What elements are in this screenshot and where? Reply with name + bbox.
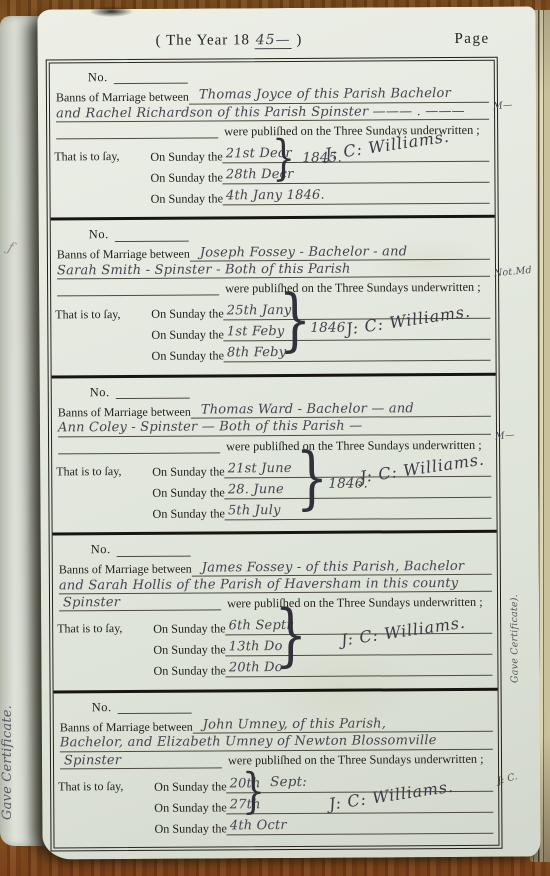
year-prefix: ( The Year 18 — [156, 32, 250, 49]
margin-note: J: C. — [496, 768, 533, 786]
names-line-2: Sarah Smith - Spinster - Both of this Pa… — [57, 262, 490, 280]
ruled-line — [329, 506, 492, 520]
banns-entry-1: No. Banns of Marriage between Thomas Joy… — [50, 61, 495, 221]
brace-mark: } — [242, 770, 265, 813]
sundays-block: That is to ſay, On Sunday the 21st June … — [56, 456, 491, 523]
names-line-1: John Umney, of this Parish, — [193, 717, 493, 734]
page-header: ( The Year 18 45— ) Page — [156, 31, 490, 50]
margin-note: M— — [495, 429, 532, 442]
no-label: No. — [91, 542, 111, 556]
year-handwritten: 45— — [255, 32, 292, 49]
sunday-row-2: On Sunday the 28. June — [56, 477, 491, 501]
sundays-block: That is to ſay, On Sunday the 6th Septr … — [57, 613, 492, 680]
ruled-line — [330, 663, 493, 677]
year-suffix: ) — [296, 32, 302, 48]
published-label: were publiſhed on the Three Sundays unde… — [228, 752, 484, 768]
banns-line-1: Banns of Marriage between James Fossey -… — [59, 559, 492, 577]
on-sunday-label: On Sunday the — [152, 485, 225, 499]
year-heading: ( The Year 18 45— ) — [156, 32, 303, 50]
banns-entry-2: No. Banns of Marriage between Joseph Fos… — [51, 218, 496, 378]
on-sunday-label: On Sunday the — [153, 664, 226, 678]
no-blank-line — [116, 385, 190, 399]
on-sunday-label: On Sunday the — [153, 643, 226, 657]
banns-entry-5: No. Banns of Marriage between John Umney… — [54, 690, 499, 847]
names-line-1: Joseph Fossey - Bachelor - and — [190, 245, 490, 262]
ruled-frame-inner: No. Banns of Marriage between Thomas Joy… — [49, 60, 500, 849]
left-margin-flourish: ƒ — [6, 240, 16, 257]
names-line-2: Bachelor, and Elizabeth Umney of Newton … — [60, 734, 493, 752]
names-line-1: Thomas Ward - Bachelor — and — [191, 402, 491, 419]
names-line-1: James Fossey - of this Parish, Bachelor — [192, 559, 492, 576]
spacer — [58, 835, 154, 836]
sundays-block: That is to ſay, On Sunday the 25th Jany … — [55, 298, 490, 365]
banns-label: Banns of Marriage between — [60, 720, 193, 735]
sunday-date-3: 8th Feby — [224, 346, 328, 363]
published-row: were publiſhed on the Three Sundays unde… — [58, 437, 491, 455]
sundays-block: That is to ſay, On Sunday the 20th On Su… — [58, 770, 493, 837]
ruled-line — [328, 191, 490, 205]
ruled-line — [328, 348, 491, 362]
banns-label: Banns of Marriage between — [56, 90, 189, 105]
brace-year: 1846 — [310, 321, 345, 336]
sunday-row-3: On Sunday the 5th July — [56, 498, 491, 522]
spacer — [55, 206, 151, 207]
on-sunday-label: On Sunday the — [152, 464, 225, 478]
banns-line-2: and Rachel Richardson of this Parish Spi… — [56, 104, 489, 122]
that-is-to-say-label: That is to ſay, — [54, 150, 150, 164]
on-sunday-label: On Sunday the — [151, 307, 224, 321]
no-blank-line — [115, 227, 189, 241]
on-sunday-label: On Sunday the — [154, 800, 227, 814]
banns-line-1: Banns of Marriage between Thomas Joyce o… — [56, 87, 489, 105]
page-label: Page — [454, 31, 489, 48]
brace-mark: } — [272, 137, 295, 180]
on-sunday-label: On Sunday the — [151, 349, 224, 363]
names-line-3: Spinster — [59, 596, 221, 612]
names-line-2: and Sarah Hollis of the Parish of Havers… — [59, 577, 492, 595]
no-label: No. — [88, 70, 108, 84]
that-is-to-say-label: That is to ſay, — [55, 307, 151, 321]
register-page: ( The Year 18 45— ) Page No. Banns of Ma… — [37, 6, 540, 859]
names-line-2: Ann Coley - Spinster — Both of this Pari… — [58, 419, 491, 437]
no-row: No. — [88, 68, 494, 85]
names-line-2: and Rachel Richardson of this Parish Spi… — [56, 104, 489, 122]
no-blank-line — [118, 700, 192, 714]
margin-note: M— — [493, 99, 530, 112]
sunday-date-1: 25th Jany — [224, 304, 328, 321]
banns-line-2: and Sarah Hollis of the Parish of Havers… — [59, 577, 492, 595]
that-is-to-say-label: That is to ſay, — [57, 622, 153, 636]
banns-line-2: Sarah Smith - Spinster - Both of this Pa… — [57, 262, 490, 280]
published-label: were publiſhed on the Three Sundays unde… — [225, 280, 481, 296]
banns-line-1: Banns of Marriage between Thomas Ward - … — [58, 402, 491, 420]
no-label: No. — [90, 385, 110, 399]
on-sunday-label: On Sunday the — [154, 779, 227, 793]
sunday-date-3: 4th Jany 1846. — [223, 189, 328, 206]
banns-entry-4: No. Banns of Marriage between James Foss… — [53, 533, 498, 693]
on-sunday-label: On Sunday the — [150, 149, 223, 163]
margin-note-vertical: Gave Certificate). — [510, 537, 525, 683]
spacer — [57, 521, 153, 522]
sundays-block: That is to ſay, On Sunday the 21st Decr … — [54, 141, 489, 208]
on-sunday-label: On Sunday the — [151, 191, 224, 205]
no-label: No. — [89, 228, 109, 242]
sunday-row-3: On Sunday the 8th Feby — [55, 340, 490, 364]
no-blank-line — [114, 70, 188, 84]
published-row: Spinster were publiſhed on the Three Sun… — [60, 751, 493, 769]
names-line-1: Thomas Joyce of this Parish Bachelor — [189, 87, 489, 104]
no-row: No. — [92, 697, 498, 714]
register-photo: { "header": { "year_prefix": "( The Year… — [0, 0, 550, 876]
on-sunday-label: On Sunday the — [154, 821, 227, 835]
sunday-row-3: On Sunday the 4th Jany 1846. — [54, 183, 489, 207]
banns-line-1: Banns of Marriage between John Umney, of… — [60, 717, 493, 735]
banns-entry-3: No. Banns of Marriage between Thomas War… — [52, 376, 497, 536]
no-row: No. — [89, 225, 495, 242]
published-row: were publiſhed on the Three Sundays unde… — [57, 279, 490, 297]
names-line-3 — [56, 123, 218, 139]
ruled-frame: No. Banns of Marriage between Thomas Joy… — [46, 57, 503, 852]
spacer — [57, 678, 153, 679]
published-label: were publiſhed on the Three Sundays unde… — [227, 595, 483, 611]
on-sunday-label: On Sunday the — [152, 506, 225, 520]
banns-line-1: Banns of Marriage between Joseph Fossey … — [57, 245, 490, 263]
sunday-date-3: 4th Octr — [227, 818, 331, 835]
banns-label: Banns of Marriage between — [58, 405, 191, 420]
brace-mark: } — [279, 290, 312, 351]
published-label: were publiſhed on the Three Sundays unde… — [226, 437, 482, 453]
ruled-line — [327, 170, 490, 184]
on-sunday-label: On Sunday the — [153, 622, 226, 636]
names-line-3 — [57, 281, 219, 297]
spacer — [56, 363, 152, 364]
that-is-to-say-label: That is to ſay, — [58, 780, 154, 794]
on-sunday-label: On Sunday the — [151, 328, 224, 342]
ruled-line — [331, 820, 494, 834]
banns-label: Banns of Marriage between — [59, 563, 192, 578]
no-row: No. — [90, 383, 496, 400]
brace-mark: } — [274, 605, 307, 666]
brace-mark: } — [295, 448, 328, 509]
banns-line-2: Bachelor, and Elizabeth Umney of Newton … — [60, 734, 493, 752]
names-line-3: Spinster — [60, 753, 222, 769]
banns-line-2: Ann Coley - Spinster — Both of this Pari… — [58, 419, 491, 437]
that-is-to-say-label: That is to ſay, — [56, 465, 152, 479]
on-sunday-label: On Sunday the — [150, 170, 223, 184]
left-margin-vertical-note: Gave Certificate. — [1, 620, 17, 820]
brace-month: Sept: — [270, 774, 307, 789]
names-line-3 — [58, 438, 220, 454]
no-label: No. — [92, 700, 112, 714]
margin-note: Not.Md — [494, 266, 531, 279]
sunday-row-3: On Sunday the 4th Octr — [58, 812, 493, 836]
ink-smudge — [89, 6, 133, 17]
no-blank-line — [117, 542, 191, 556]
no-row: No. — [91, 540, 497, 557]
banns-label: Banns of Marriage between — [57, 248, 190, 263]
